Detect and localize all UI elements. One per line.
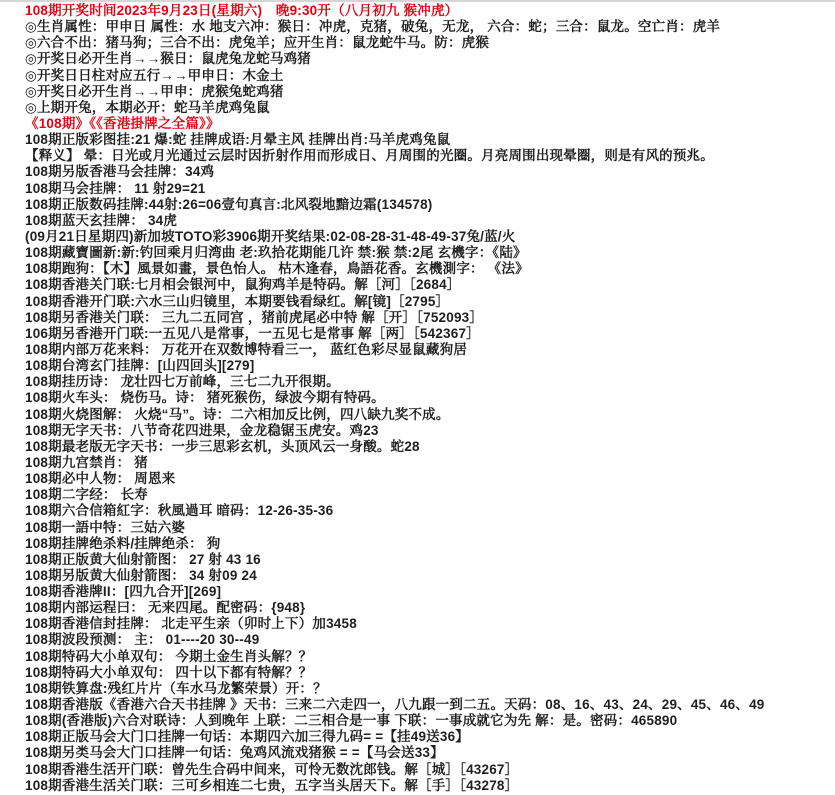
text-line: 108期六合信箱紅字：秋風過耳 暗码：12-26-35-36 bbox=[25, 503, 831, 519]
text-line: 108期铁算盘:残红片片（车水马龙繁荣景）开：？ bbox=[25, 681, 831, 697]
text-line: 108期波段预测： 主： 01----20 30--49 bbox=[25, 632, 831, 648]
text-line: 108期火烧图解： 火烧“马”。诗：二六相加反比例，四八缺九奖不成。 bbox=[25, 407, 831, 423]
text-line: ◎开奖日日柱对应五行→→甲申日：木金土 bbox=[25, 68, 831, 84]
text-line: 108期正版马会大门口挂牌一句话：本期四六加三得九码= =【挂49送36】 bbox=[25, 729, 831, 745]
text-line: 108期台湾玄门挂牌：[山四回头][279] bbox=[25, 358, 831, 374]
text-line: 108期正版彩图挂:21 爆:蛇 挂牌成语:月晕主风 挂牌出肖:马羊虎鸡兔鼠 bbox=[25, 132, 831, 148]
text-line: 108期香港版《香港六合天书挂牌 》天书：三来二六走四一，八九跟一到二五。天码：… bbox=[25, 697, 831, 713]
text-line: 108期挂牌绝杀料/挂牌绝杀： 狗 bbox=[25, 536, 831, 552]
text-line: 108期九宫禁肖： 猪 bbox=[25, 455, 831, 471]
text-line: 108期正版黄大仙射箭图： 27 射 43 16 bbox=[25, 552, 831, 568]
lottery-tips-page: 108期开奖时间2023年9月23日(星期六) 晚9:30开（八月初九 猴冲虎）… bbox=[0, 0, 835, 795]
text-line: ◎六合不出：猪马狗；三合不出：虎兔羊；应开生肖：鼠龙蛇牛马。防：虎猴 bbox=[25, 35, 831, 51]
header-line: 108期开奖时间2023年9月23日(星期六) 晚9:30开（八月初九 猴冲虎） bbox=[25, 3, 831, 19]
text-line: 108期另版香港马会挂牌：34鸡 bbox=[25, 164, 831, 180]
text-line: (09月21日星期四)新加坡TOTO彩3906期开奖结果:02-08-28-31… bbox=[25, 229, 831, 245]
text-line: 108期最老版无字天书：一步三思彩玄机，头顶风云一身酸。蛇28 bbox=[25, 439, 831, 455]
text-line: 108期挂历诗： 龙壮四七万前峰，三七二九开很期。 bbox=[25, 374, 831, 390]
text-line: 108期马会挂牌： 11 射29=21 bbox=[25, 181, 831, 197]
text-line: 108期香港生活关门联：三可乡相连二七贵，五字当头居天下。解［手］［43278］ bbox=[25, 778, 831, 794]
text-line: 108期内部万花来料： 万花开在双数博特看三一， 蓝红色彩尽显鼠藏狗居 bbox=[25, 342, 831, 358]
text-line: 108期内部运程曰： 无来四尾。配密码：{948} bbox=[25, 600, 831, 616]
text-line: 108期香港牌II：[四九合开][269] bbox=[25, 584, 831, 600]
text-line: 108期火车头： 烧伤马。诗： 猪死猴伤，绿波今期有特码。 bbox=[25, 390, 831, 406]
text-line: 106期另香港开门联:一五见八是常事，一五见七是常事 解［两］［542367］ bbox=[25, 326, 831, 342]
text-line: 108期二字经： 长寿 bbox=[25, 487, 831, 503]
text-line: 108期必中人物： 周恩来 bbox=[25, 471, 831, 487]
text-line: ◎开奖日必开生肖→→猴日：鼠虎兔龙蛇马鸡猪 bbox=[25, 51, 831, 67]
text-line: 108期蓝天玄挂牌： 34虎 bbox=[25, 213, 831, 229]
text-line: 108期香港关门联:七月相会银河中，鼠狗鸡羊是特码。解［河］［2684］ bbox=[25, 277, 831, 293]
text-line: 108期无字天书：八节奇花四进果，金龙稳锯玉虎安。鸡23 bbox=[25, 423, 831, 439]
text-line: 108期香港生活开门联：曾先生合码中间来，可怜无数沈郎钱。解［城］［43267］ bbox=[25, 762, 831, 778]
text-line: 108期特码大小单双句： 四十以下都有特解？？ bbox=[25, 665, 831, 681]
text-line: 108期香港开门联:六水三山归镜里，本期要钱看绿红。解[镜]［2795］ bbox=[25, 294, 831, 310]
text-line: 108期特码大小单双句： 今期土金生肖头解？？ bbox=[25, 649, 831, 665]
text-line: 108期另版黄大仙射箭图： 34 射09 24 bbox=[25, 568, 831, 584]
text-line: 108期另类马会大门口挂牌一句话：兔鸡风流戏猪猴 = =【马会送33】 bbox=[25, 745, 831, 761]
text-line: 108期跑狗：【木】風景如畫，景色怡人。 枯木逢春，鳥語花香。玄機測字： 《法》 bbox=[25, 261, 831, 277]
text-line: 108期藏寶圖新:新:钓回乘月归湾曲 老:玖拾花期能几许 禁:猴 禁:2尾 玄機… bbox=[25, 245, 831, 261]
text-line: ◎上期开兔，本期必开：蛇马羊虎鸡兔鼠 bbox=[25, 100, 831, 116]
text-line: 108期一語中特：三姑六婆 bbox=[25, 520, 831, 536]
content: 108期开奖时间2023年9月23日(星期六) 晚9:30开（八月初九 猴冲虎）… bbox=[25, 3, 831, 794]
text-line: 108期香港信封挂牌： 北走平生亲（卯时上下）加3458 bbox=[25, 616, 831, 632]
text-line: ◎开奖日必开生肖→→甲申：虎猴兔蛇鸡猪 bbox=[25, 84, 831, 100]
text-line: ◎生肖属性：甲申日 属性：水 地支六冲：猴日：冲虎，克猪，破兔，无龙， 六合：蛇… bbox=[25, 19, 831, 35]
text-line: 108期(香港版)六合对联诗：人到晚年 上联：二三相合是一事 下联：一事成就它为… bbox=[25, 713, 831, 729]
header-line: 《108期》《《香港掛牌之全篇》》 bbox=[25, 116, 831, 132]
text-line: 【释义】 晕：日光或月光通过云层时因折射作用而形成日、月周围的光圈。月亮周围出现… bbox=[25, 148, 831, 164]
text-line: 108期正版数码挂牌:44射:26=06壹句真言:北风裂地黯边霜(134578) bbox=[25, 197, 831, 213]
text-line: 108期另香港关门联： 三九二五同宫 ，猪前虎尾必中特 解［开］［752093］ bbox=[25, 310, 831, 326]
